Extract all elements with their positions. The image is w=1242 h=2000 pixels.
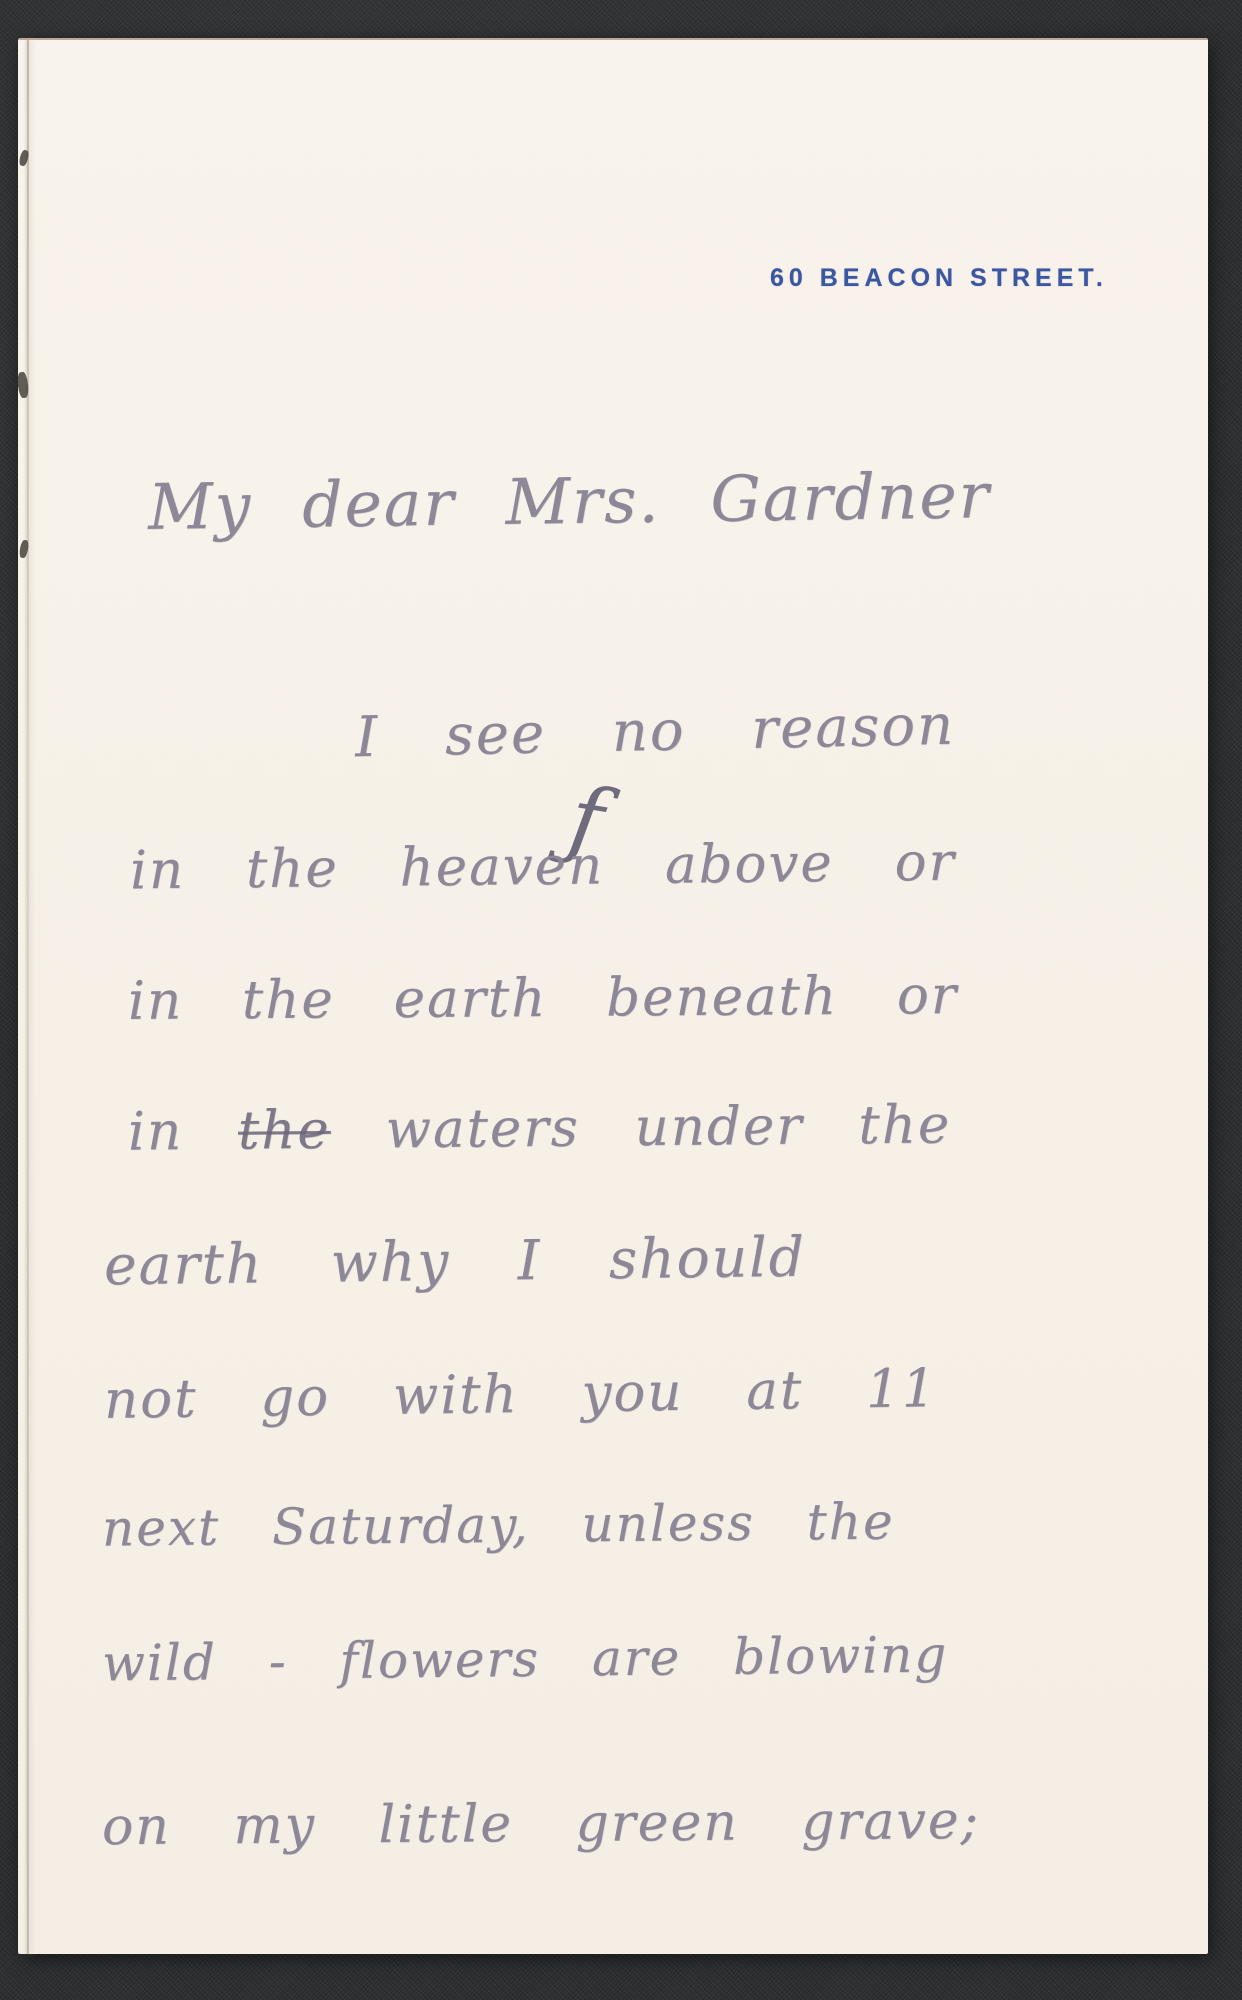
body-line-7: next Saturday, unless the [102, 1497, 895, 1554]
body-line-5: earth why I should [104, 1230, 807, 1294]
body-line-9: on my little green grave; [102, 1795, 980, 1853]
body-line-8: wild - flowers are blowing [102, 1630, 949, 1689]
letter-page: 60 BEACON STREET. My dear Mrs. Gardner I… [18, 38, 1208, 1954]
body-line-1: I see no reason [354, 698, 955, 767]
struck-out-word: the [238, 1100, 331, 1162]
body-line-2: in the heaven above or [130, 836, 956, 898]
body-line-4-prefix: in [128, 1101, 184, 1162]
scanned-letter-screenshot: { "letterhead": { "text": "60 BEACON STR… [0, 0, 1242, 2000]
body-line-4-rest: waters under the [385, 1094, 951, 1160]
body-line-3: in the earth beneath or [128, 969, 958, 1028]
body-line-4: in the waters under the [128, 1098, 952, 1158]
salutation-line: My dear Mrs. Gardner [148, 464, 992, 539]
fold-crease [27, 40, 29, 1954]
body-line-6: not go with you at 11 [104, 1362, 938, 1427]
printed-letterhead: 60 BEACON STREET. [770, 264, 1108, 293]
